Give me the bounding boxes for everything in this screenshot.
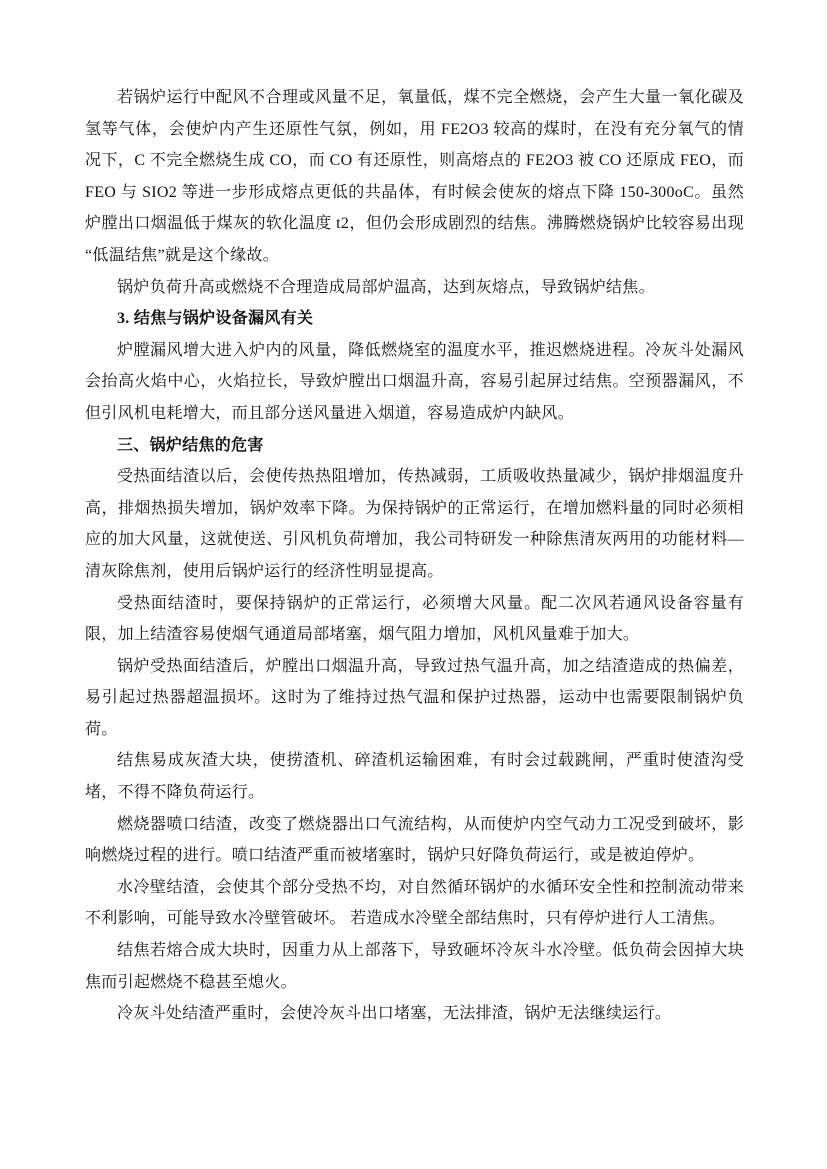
paragraph-intro-reducing-atmosphere: 若锅炉运行中配风不合理或风量不足，氧量低，煤不完全燃烧，会产生大量一氧化碳及氢等… [85,82,744,272]
document-text-block: 若锅炉运行中配风不合理或风量不足，氧量低，煤不完全燃烧，会产生大量一氧化碳及氢等… [85,82,744,1030]
heading-section-coking-hazards: 三、锅炉结焦的危害 [85,430,744,462]
paragraph-burner-nozzle-slagging: 燃烧器喷口结渣，改变了燃烧器出口气流结构，从而使炉内空气动力工况受到破坏，影响燃… [85,809,744,872]
document-page: 若锅炉运行中配风不合理或风量不足，氧量低，煤不完全燃烧，会产生大量一氧化碳及氢等… [0,0,827,1169]
paragraph-superheater-overheat: 锅炉受热面结渣后，炉膛出口烟温升高，导致过热气温升高，加之结渣造成的热偏差，易引… [85,651,744,746]
paragraph-cold-ash-hopper-blockage: 冷灰斗处结渣严重时，会使冷灰斗出口堵塞，无法排渣，锅炉无法继续运行。 [85,998,744,1030]
paragraph-waterwall-slagging: 水冷壁结渣，会使其个部分受热不均，对自然循环锅炉的水循环安全性和控制流动带来不利… [85,872,744,935]
paragraph-fan-capacity-limit: 受热面结渣时，要保持锅炉的正常运行，必须增大风量。配二次风若通风设备容量有限，加… [85,588,744,651]
paragraph-furnace-air-leakage: 炉膛漏风增大进入炉内的风量，降低燃烧室的温度水平，推迟燃烧进程。冷灰斗处漏风会抬… [85,335,744,430]
paragraph-heating-surface-slagging: 受热面结渣以后，会使传热热阻增加，传热减弱，工质吸收热量减少，锅炉排烟温度升高，… [85,461,744,587]
paragraph-slag-blocks-transport: 结焦易成灰渣大块，使捞渣机、碎渣机运输困难，有时会过载跳闸，严重时使渣沟受堵，不… [85,745,744,808]
heading-section-3-air-leakage: 3. 结焦与锅炉设备漏风有关 [85,303,744,335]
paragraph-load-increase: 锅炉负荷升高或燃烧不合理造成局部炉温高，达到灰熔点，导致锅炉结焦。 [85,272,744,304]
paragraph-falling-slag-damage: 结焦若熔合成大块时，因重力从上部落下，导致砸坏冷灰斗水冷壁。低负荷会因掉大块焦而… [85,935,744,998]
